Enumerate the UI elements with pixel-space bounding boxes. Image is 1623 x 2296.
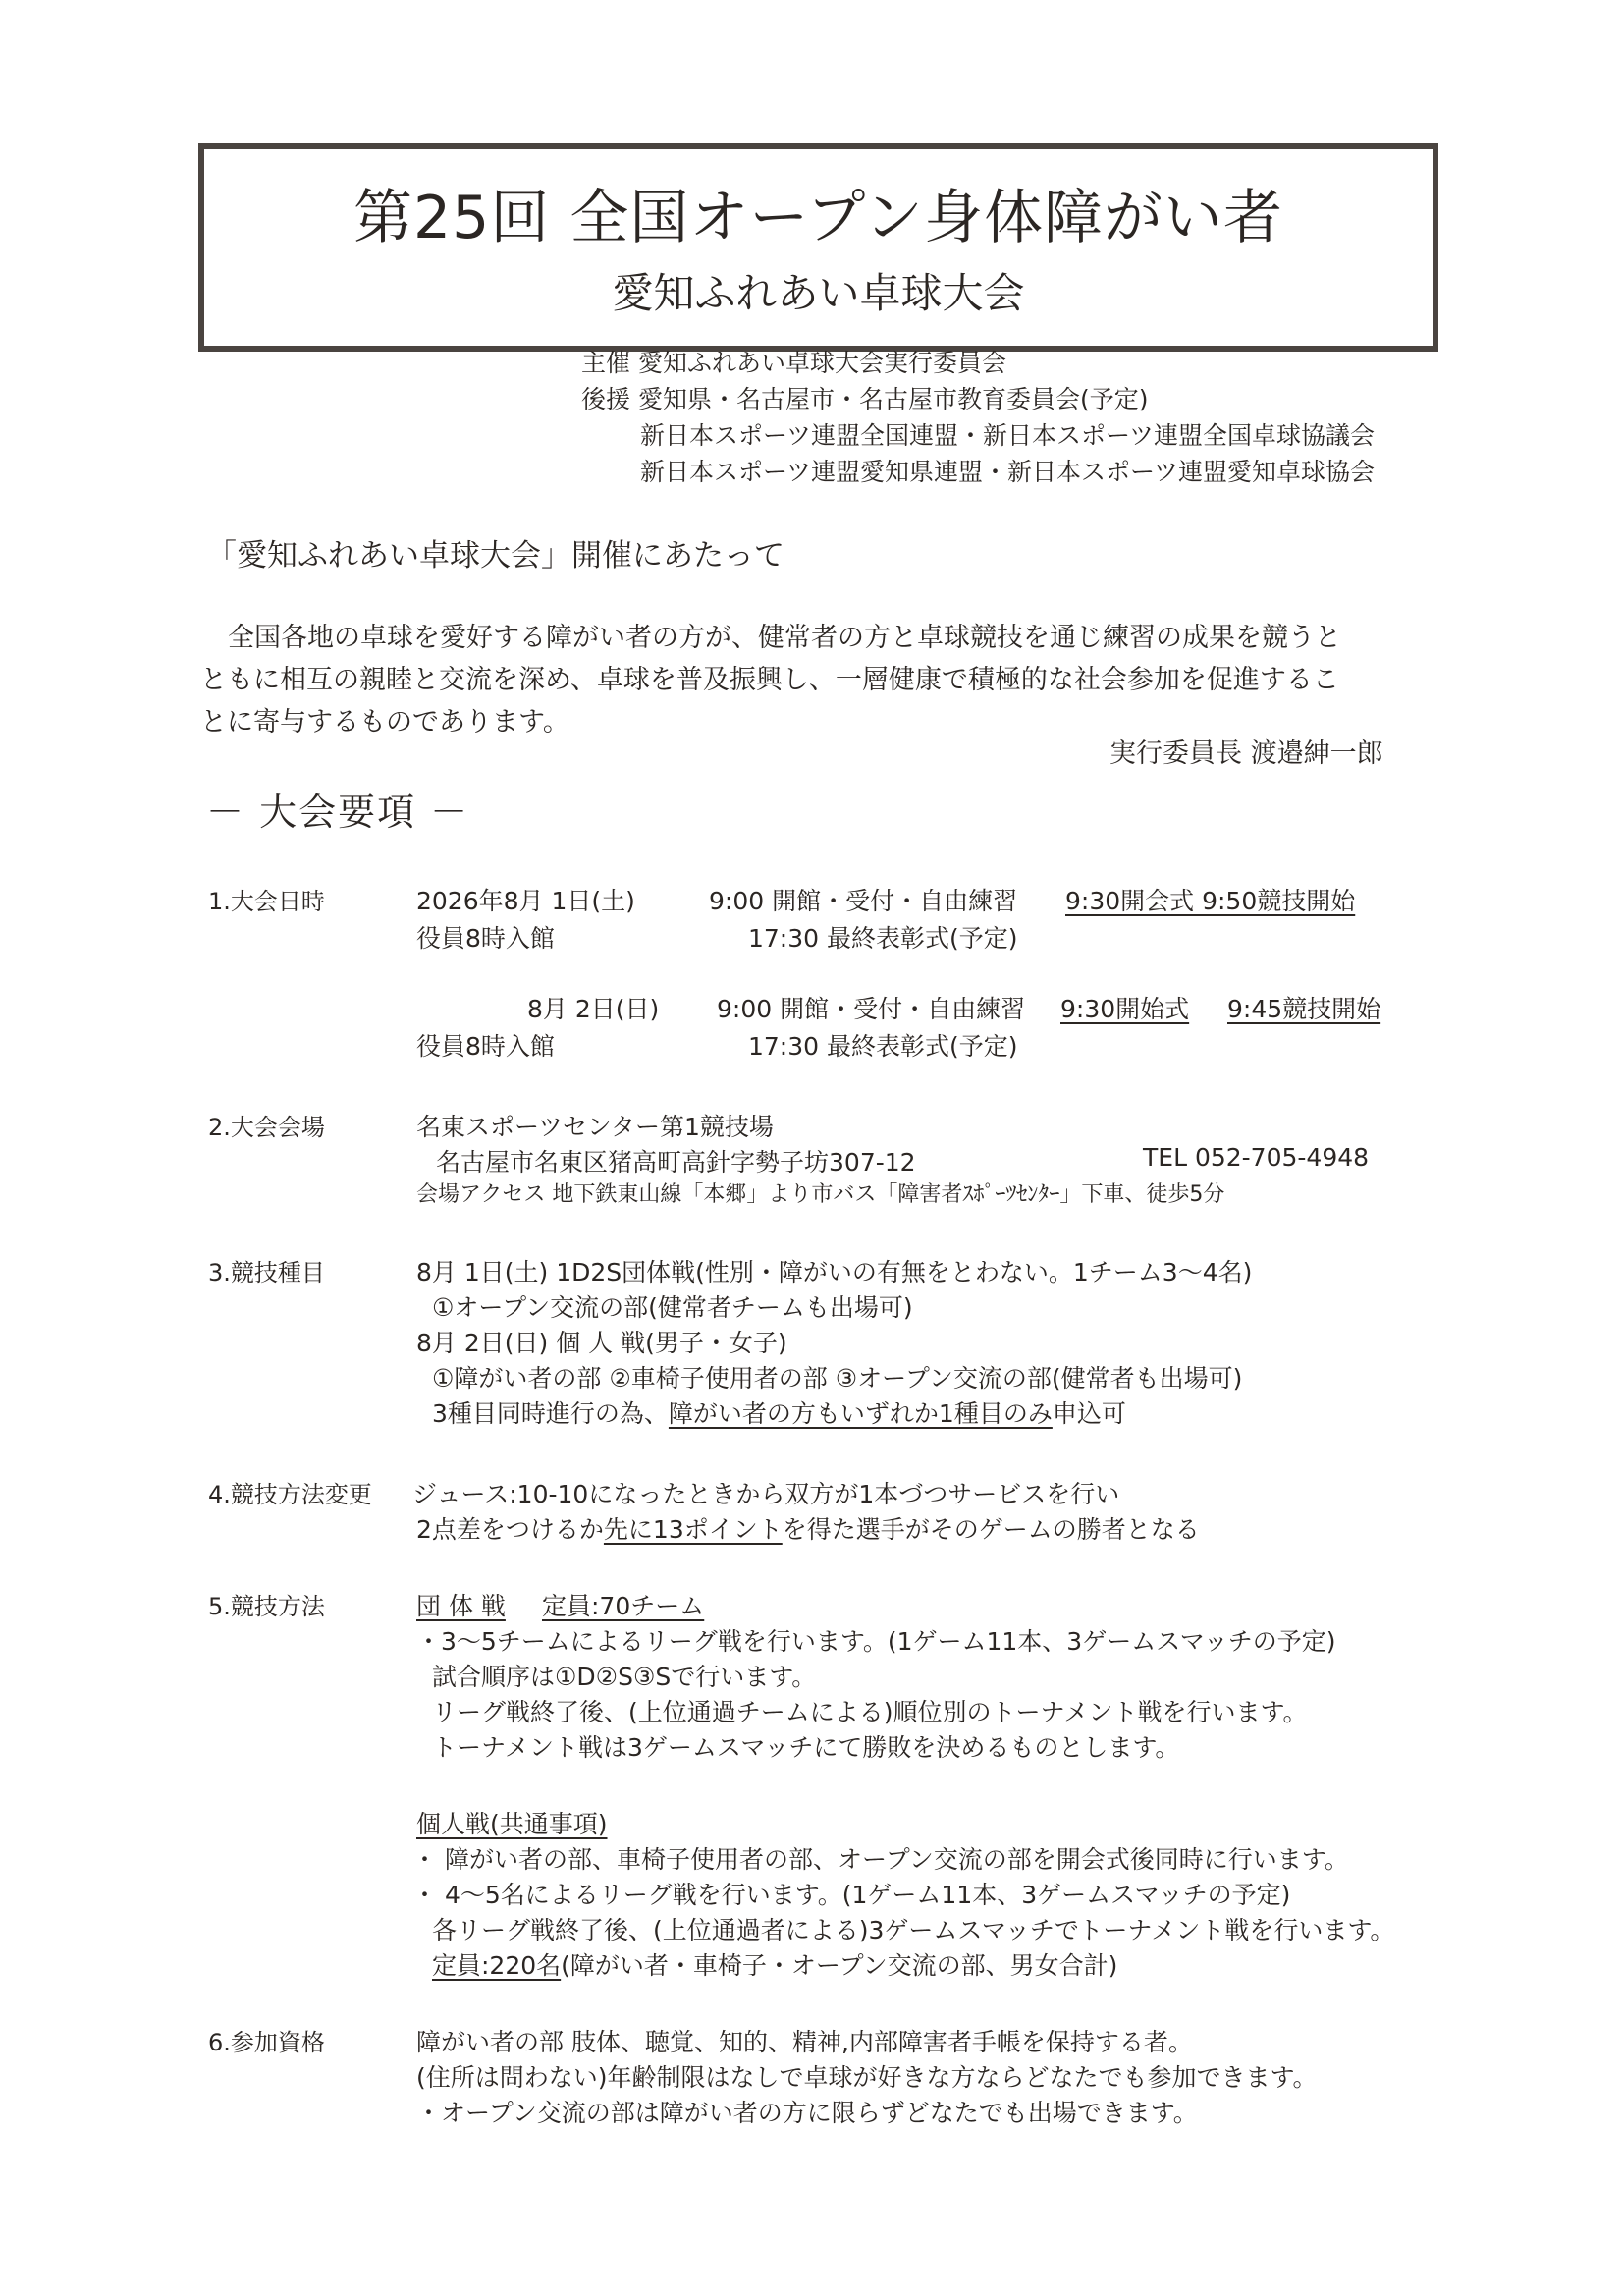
team-line-2: 試合順序は①D②S③Sで行います。 xyxy=(432,1658,816,1693)
day1-end: 17:30 最終表彰式(予定) xyxy=(748,919,1018,955)
day2-ceremony: 9:30開始式 xyxy=(1060,990,1189,1025)
events-line-1: 8月 1日(土) 1D2S団体戦(性別・障がいの有無をとわない。1チーム3～4名… xyxy=(416,1253,1252,1288)
team-line-1: ・3～5チームによるリーグ戦を行います。(1ゲーム11本、3ゲームスマッチの予定… xyxy=(416,1622,1335,1658)
eligibility-line-2: (住所は問わない)年齢制限はなしで卓球が好きな方ならどなたでも参加できます。 xyxy=(416,2058,1318,2094)
events-line-5-post: 申込可 xyxy=(1053,1399,1126,1428)
day2-end: 17:30 最終表彰式(予定) xyxy=(748,1027,1018,1063)
item-label-eligibility: 6.参加資格 xyxy=(208,2023,325,2057)
team-capacity: 定員:70チーム xyxy=(542,1587,704,1622)
individual-heading: 個人戦(共通事項) xyxy=(416,1805,608,1840)
greeting-heading: 「愛知ふれあい卓球大会」開催にあたって xyxy=(206,530,784,574)
support-line-3: 新日本スポーツ連盟愛知県連盟・新日本スポーツ連盟愛知卓球協会 xyxy=(640,453,1375,488)
individual-line-1: ・ 障がい者の部、車椅子使用者の部、オープン交流の部を開会式後同時に行います。 xyxy=(412,1840,1349,1876)
item-label-rule-change: 4.競技方法変更 xyxy=(208,1475,372,1509)
item-label-date: 1.大会日時 xyxy=(208,882,325,916)
rule-line-2-underlined: 先に13ポイント xyxy=(604,1515,783,1544)
day1-staff: 役員8時入館 xyxy=(416,919,555,955)
venue-address: 名古屋市名東区猪高町高針字勢子坊307-12 xyxy=(436,1143,916,1178)
venue-name: 名東スポーツセンター第1競技場 xyxy=(416,1108,774,1143)
support-line: 後援 愛知県・名古屋市・名古屋市教育委員会(予定) xyxy=(581,380,1148,415)
events-line-3: 8月 2日(日) 個 人 戦(男子・女子) xyxy=(416,1324,787,1359)
day2-start: 9:45競技開始 xyxy=(1227,990,1380,1025)
rule-line-2: 2点差をつけるか先に13ポイントを得た選手がそのゲームの勝者となる xyxy=(416,1510,1200,1546)
document-subtitle: 愛知ふれあい卓球大会 xyxy=(204,261,1433,320)
item-label-venue: 2.大会会場 xyxy=(208,1108,325,1142)
rule-line-2-pre: 2点差をつけるか xyxy=(416,1515,604,1544)
greeting-line-1: 全国各地の卓球を愛好する障がい者の方が、健常者の方と卓球競技を通じ練習の成果を競… xyxy=(228,617,1341,659)
rule-line-1: ジュース:10-10になったときから双方が1本づつサービスを行い xyxy=(412,1475,1119,1510)
item-label-method: 5.競技方法 xyxy=(208,1587,325,1621)
events-line-5: 3種目同時進行の為、障がい者の方もいずれか1種目のみ申込可 xyxy=(432,1394,1126,1430)
greeting-line-2: ともに相互の親睦と交流を深め、卓球を普及振興し、一層健康で積極的な社会参加を促進… xyxy=(200,659,1339,701)
title-box: 第25回 全国オープン身体障がい者 愛知ふれあい卓球大会 xyxy=(198,143,1438,352)
day1-ceremony: 9:30開会式 9:50競技開始 xyxy=(1065,882,1355,917)
day1-open: 9:00 開館・受付・自由練習 xyxy=(709,882,1017,917)
greeting-line-3: とに寄与するものであります。 xyxy=(200,701,569,743)
individual-line-2: ・ 4～5名によるリーグ戦を行います。(1ゲーム11本、3ゲームスマッチの予定) xyxy=(412,1876,1290,1911)
team-heading: 団 体 戦 xyxy=(416,1587,506,1622)
team-line-3: リーグ戦終了後、(上位通過チームによる)順位別のトーナメント戦を行います。 xyxy=(432,1693,1308,1728)
venue-tel: TEL 052-705-4948 xyxy=(1143,1143,1369,1172)
individual-capacity: 定員:220名 xyxy=(432,1951,561,1980)
events-line-5-underlined: 障がい者の方もいずれか1種目のみ xyxy=(669,1399,1053,1428)
individual-capacity-note: (障がい者・車椅子・オープン交流の部、男女合計) xyxy=(561,1951,1117,1980)
support-line-2: 新日本スポーツ連盟全国連盟・新日本スポーツ連盟全国卓球協議会 xyxy=(640,416,1375,452)
individual-line-3: 各リーグ戦終了後、(上位通過者による)3ゲームスマッチでトーナメント戦を行います… xyxy=(432,1911,1394,1946)
item-label-events: 3.競技種目 xyxy=(208,1253,325,1287)
events-line-5-pre: 3種目同時進行の為、 xyxy=(432,1399,669,1428)
host-line: 主催 愛知ふれあい卓球大会実行委員会 xyxy=(581,344,1006,379)
day2-staff: 役員8時入館 xyxy=(416,1027,555,1063)
rule-line-2-post: を得た選手がそのゲームの勝者となる xyxy=(783,1515,1200,1544)
team-line-4: トーナメント戦は3ゲームスマッチにて勝敗を決めるものとします。 xyxy=(432,1728,1179,1764)
document-title: 第25回 全国オープン身体障がい者 xyxy=(204,171,1433,255)
eligibility-line-1: 障がい者の部 肢体、聴覚、知的、精神,内部障害者手帳を保持する者。 xyxy=(416,2023,1193,2058)
day2-open: 9:00 開館・受付・自由練習 xyxy=(717,990,1025,1025)
events-line-2: ①オープン交流の部(健常者チームも出場可) xyxy=(432,1288,913,1324)
venue-access: 会場アクセス 地下鉄東山線「本郷」より市バス「障害者ｽﾎﾟｰﾂｾﾝﾀｰ」下車、徒… xyxy=(416,1177,1224,1208)
day1-date: 2026年8月 1日(土) xyxy=(416,882,635,917)
events-line-4: ①障がい者の部 ②車椅子使用者の部 ③オープン交流の部(健常者も出場可) xyxy=(432,1359,1242,1394)
eligibility-line-3: ・オープン交流の部は障がい者の方に限らずどなたでも出場できます。 xyxy=(416,2094,1198,2129)
individual-capacity-line: 定員:220名(障がい者・車椅子・オープン交流の部、男女合計) xyxy=(432,1946,1117,1982)
greeting-signature: 実行委員長 渡邉紳一郎 xyxy=(1109,733,1383,775)
section-heading: － 大会要項 － xyxy=(206,782,469,836)
day2-date: 8月 2日(日) xyxy=(527,990,659,1025)
